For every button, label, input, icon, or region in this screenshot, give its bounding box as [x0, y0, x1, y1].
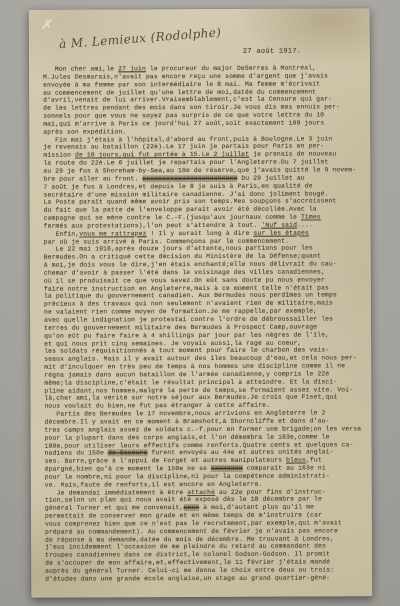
handwritten-annotation: à M. Lemieux (Rodolphe) [59, 25, 222, 51]
letter-line: mai,qui m'arrive à Paris ce jourd'hui 27… [43, 119, 363, 128]
letter-line: d'études dans une grande école anglaise,… [45, 574, 365, 583]
pencil-x-mark: ✗ [40, 15, 55, 35]
letter-date: 27 août 1917. [243, 48, 302, 56]
scanned-letter-page: ✗ à M. Lemieux (Rodolphe) 27 août 1917. … [0, 0, 400, 606]
letter-line: qu'on eût pu faire faire à 4 shillings p… [44, 331, 364, 340]
letter-body: Mon cher ami,le 27 juin le procureur du … [43, 64, 365, 587]
letter-paper: ✗ à M. Lemieux (Rodolphe) 27 août 1917. … [29, 8, 373, 597]
